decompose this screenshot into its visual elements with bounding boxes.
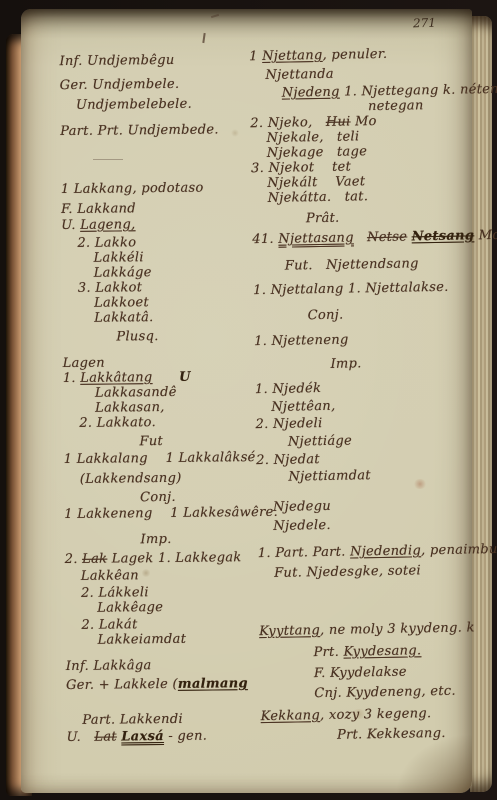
manuscript-line: Lakkoet	[94, 294, 262, 311]
handwritten-text: Fut. Njedesgke, sotei	[274, 563, 421, 581]
handwritten-text: Mo.	[474, 228, 497, 244]
underlined-text: Njedeng	[282, 85, 340, 101]
handwritten-text: 1 Lakkalang 1 Lakkalâksé	[64, 450, 256, 467]
left-column: Inf. UndjembêguGer. Undjembele.Undjembel…	[59, 46, 266, 745]
handwritten-text: 41.	[252, 232, 278, 247]
manuscript-line: 41. Njettasang Netse Netsang Mo.	[252, 228, 497, 247]
handwritten-text: Njekált Vaet	[267, 174, 365, 191]
handwritten-text: , penuler.	[322, 47, 387, 63]
handwritten-text: 1. Part. Part.	[258, 545, 351, 562]
manuscript-line: U. Lat Laxsá - gen.	[66, 728, 266, 745]
handwritten-text: Inf. Lakkâga	[66, 658, 152, 674]
handwritten-text: 2. Lákkeli	[81, 585, 149, 601]
struck-text: Netse	[367, 229, 407, 245]
manuscript-line: Njettêan,	[271, 396, 497, 415]
handwritten-text	[354, 230, 368, 245]
handwritten-text: 1 Lakkeneng 1 Lakkesâwêre.	[64, 505, 278, 522]
underlined-text: Netsang	[412, 228, 475, 244]
handwritten-text: Inf. Undjembêgu	[59, 53, 174, 69]
manuscript-line: F. Lakkand	[61, 200, 261, 217]
manuscript-line: Conj.	[308, 305, 497, 323]
manuscript-line: 1 Lakkeneng 1 Lakkesâwêre.	[64, 505, 264, 522]
manuscript-page: 271 Inf. UndjembêguGer. Undjembele.Undje…	[21, 9, 472, 793]
handwritten-text: F. Lakkand	[61, 201, 136, 217]
manuscript-line: (Lakkendsang)	[80, 470, 264, 487]
handwritten-text: 1	[249, 49, 262, 64]
manuscript-line: 1. Njetteneng	[254, 330, 497, 349]
struck-text: Lat	[94, 730, 117, 745]
manuscript-line: 2. Njedeli	[255, 413, 497, 432]
handwritten-text: Ger. + Lakkele (	[66, 677, 178, 693]
manuscript-line: Fut	[139, 433, 263, 449]
manuscript-line: 2. Lak Lagek 1. Lakkegak	[65, 550, 265, 567]
handwritten-text: Imp.	[140, 532, 171, 547]
manuscript-line: Kyyttang, ne moly 3 kyydeng. k	[259, 620, 497, 639]
handwritten-text: , ne moly 3 kyydeng. k	[320, 620, 475, 638]
stray-ink-mark	[211, 14, 219, 18]
handwritten-text: 2. Lakko	[77, 235, 136, 251]
manuscript-line: F. Kyydelakse	[314, 663, 497, 681]
handwritten-text: Fut. Njettendsang	[285, 256, 419, 273]
manuscript-line: Cnj. Kyydeneng, etc.	[314, 683, 497, 701]
manuscript-line: Prt. Kyydesang.	[313, 642, 497, 660]
handwritten-text: Njettiamdat	[288, 468, 371, 484]
handwritten-text: Conj.	[140, 490, 176, 505]
handwritten-text: Ger. Undjembele.	[60, 77, 180, 93]
manuscript-line: 1. Njedék	[255, 378, 497, 397]
handwritten-text: Njedele.	[273, 518, 331, 534]
manuscript-line: Imp.	[330, 354, 497, 372]
handwritten-text: 3. Lakkot	[78, 280, 143, 296]
handwritten-text: Plusq.	[116, 329, 158, 344]
manuscript-line: Lakkeiamdat	[97, 631, 265, 648]
manuscript-line: Undjembelebele.	[76, 96, 260, 113]
handwritten-text: 2. Njedeli	[255, 416, 322, 432]
manuscript-line: Njekátta. tat.	[267, 187, 497, 206]
handwritten-text: netegan	[368, 98, 424, 114]
manuscript-line: 1 Lakkang, podotaso	[61, 180, 261, 197]
handwritten-text: Njekale, teli	[266, 129, 359, 146]
manuscript-line: Inf. Lakkâga	[66, 657, 266, 674]
underlined-text: Njettang	[262, 48, 323, 64]
handwritten-text: , xozy 3 kegeng.	[320, 706, 432, 723]
manuscript-line: Ger. Undjembele.	[60, 76, 260, 93]
handwritten-text: Lakkéli	[93, 250, 143, 266]
manuscript-photo: 271 Inf. UndjembêguGer. Undjembele.Undje…	[0, 0, 497, 800]
handwritten-text: 2. Njedat	[256, 452, 320, 468]
underlined-text: Lageng,	[80, 217, 135, 233]
manuscript-line: Njedele.	[273, 515, 497, 534]
handwritten-text: 2. Njeko,	[250, 115, 326, 131]
right-column: 1 Njettang, penuler.NjettandaNjedeng 1. …	[249, 37, 497, 744]
manuscript-line: Kekkang, xozy 3 kegeng.	[261, 705, 497, 724]
manuscript-line: Lakkêage	[97, 599, 265, 616]
handwritten-text: Prt.	[313, 645, 343, 661]
underlined-text: Kyydesang.	[343, 643, 421, 659]
manuscript-line: Conj.	[140, 489, 264, 505]
manuscript-line: Fut. Njettendsang	[285, 255, 497, 274]
underlined-text: malmang	[178, 676, 248, 692]
handwritten-text: F. Kyydelakse	[314, 665, 407, 682]
handwritten-text: Prt. Kekkesang.	[337, 726, 446, 743]
manuscript-line: 1. Njettalang 1. Njettalakse.	[253, 279, 497, 298]
handwritten-text: U	[179, 370, 191, 385]
handwritten-text: 2. Lakát	[81, 617, 137, 633]
manuscript-line: Njettiamdat	[288, 466, 497, 485]
manuscript-line: Njedegu	[273, 496, 497, 515]
manuscript-line: Lakkasandê	[95, 384, 263, 401]
handwritten-text: Part. Lakkendi	[82, 712, 183, 728]
underlined-text: Laxsá	[121, 729, 164, 744]
manuscript-line: Plusq.	[116, 328, 262, 345]
manuscript-line: Part. Lakkendi	[82, 711, 266, 728]
manuscript-line: 2. Lakkato.	[79, 414, 263, 431]
handwritten-text: Lakkoet	[94, 295, 149, 311]
handwritten-text: Lagen	[63, 356, 105, 371]
handwritten-text: 1. Njettegang k. néteng l.	[340, 81, 497, 99]
handwritten-text: Njettiáge	[288, 433, 352, 449]
handwritten-text: Undjembelebele.	[76, 97, 192, 113]
manuscript-line: Fut. Njedesgke, sotei	[274, 562, 497, 581]
handwritten-text: Lakkasandê	[95, 385, 177, 401]
manuscript-line: 1 Njettang, penuler.	[249, 45, 497, 64]
manuscript-line: Lakkasan,	[95, 399, 263, 416]
handwritten-text: Njekátta. tat.	[267, 189, 368, 206]
handwritten-text: Lakkeiamdat	[97, 632, 186, 648]
handwritten-text: Njettêan,	[271, 399, 335, 415]
handwritten-text: Lakkasan,	[95, 400, 165, 416]
handwritten-text: (Lakkendsang)	[80, 471, 182, 487]
manuscript-line: Prât.	[306, 208, 497, 226]
manuscript-line: 1. Part. Part. Njedendig, penaimbue.	[258, 542, 497, 561]
handwritten-text: U.	[61, 218, 80, 233]
handwritten-text: Lagek 1. Lakkegak	[107, 550, 241, 566]
underlined-text: Njedendig	[350, 543, 421, 559]
manuscript-line: Njettiáge	[288, 431, 497, 450]
manuscript-line: Njettanda	[265, 64, 497, 83]
handwritten-text: Mo	[350, 114, 376, 129]
manuscript-line: U. Lageng,	[61, 216, 261, 233]
handwritten-text: 1. Njettalang 1. Njettalakse.	[253, 280, 449, 298]
handwritten-text: Cnj. Kyydeneng, etc.	[314, 684, 456, 701]
handwritten-text: Lakkêage	[97, 600, 163, 616]
manuscript-line: 1 Lakkalang 1 Lakkalâksé	[64, 450, 264, 467]
handwritten-text: U.	[66, 730, 94, 745]
handwritten-text: Lakkáge	[94, 265, 152, 281]
handwritten-text: 2. Lakkato.	[79, 415, 156, 431]
handwritten-text: 1. Njedék	[255, 381, 321, 397]
page-number: 271	[413, 16, 436, 31]
manuscript-line: Lakkéli	[93, 249, 261, 266]
underlined-text: Kekkang	[261, 708, 321, 724]
handwritten-text	[152, 370, 179, 385]
handwritten-text: Prât.	[306, 211, 340, 227]
stray-ink-mark	[202, 33, 205, 43]
handwritten-text: 2.	[65, 552, 83, 567]
handwritten-text: Lakkêan	[81, 568, 139, 584]
handwritten-text: Njedegu	[273, 499, 331, 515]
manuscript-line: Lakkatâ.	[94, 309, 262, 326]
manuscript-line: Ger. + Lakkele (malmang	[66, 676, 266, 693]
handwritten-text: Fut	[139, 434, 163, 449]
handwritten-text: Imp.	[330, 356, 361, 372]
handwritten-text: Njettanda	[265, 67, 334, 83]
manuscript-line: Imp.	[140, 531, 264, 547]
handwritten-text: 1. Njetteneng	[254, 333, 349, 350]
manuscript-line: Lakkêan	[81, 567, 265, 584]
struck-text: Hui	[326, 114, 351, 129]
handwritten-text: , penaimbue.	[421, 542, 497, 559]
handwritten-text: Njekage tage	[267, 144, 368, 161]
underlined-text: Lakkâtang	[80, 370, 152, 386]
struck-text: Lak	[82, 552, 107, 567]
manuscript-line: Prt. Kekkesang.	[337, 725, 497, 743]
manuscript-line: Inf. Undjembêgu	[59, 52, 259, 69]
manuscript-line: Part. Prt. Undjembede.	[60, 122, 260, 139]
handwritten-text: Lakkatâ.	[94, 310, 154, 326]
handwritten-text: 1.	[63, 371, 81, 386]
manuscript-line: Lakkáge	[94, 264, 262, 281]
manuscript-line: 2. Njedat	[256, 449, 497, 468]
underlined-text: Njettasang	[278, 230, 354, 246]
underlined-text: Kyyttang	[259, 623, 320, 639]
handwritten-text: - gen.	[164, 729, 207, 744]
handwritten-text: Conj.	[308, 308, 344, 324]
handwritten-text: Part. Prt. Undjembede.	[60, 122, 219, 139]
handwritten-text: 1 Lakkang, podotaso	[61, 181, 204, 197]
handwritten-text: 3. Njekot tet	[251, 159, 351, 176]
